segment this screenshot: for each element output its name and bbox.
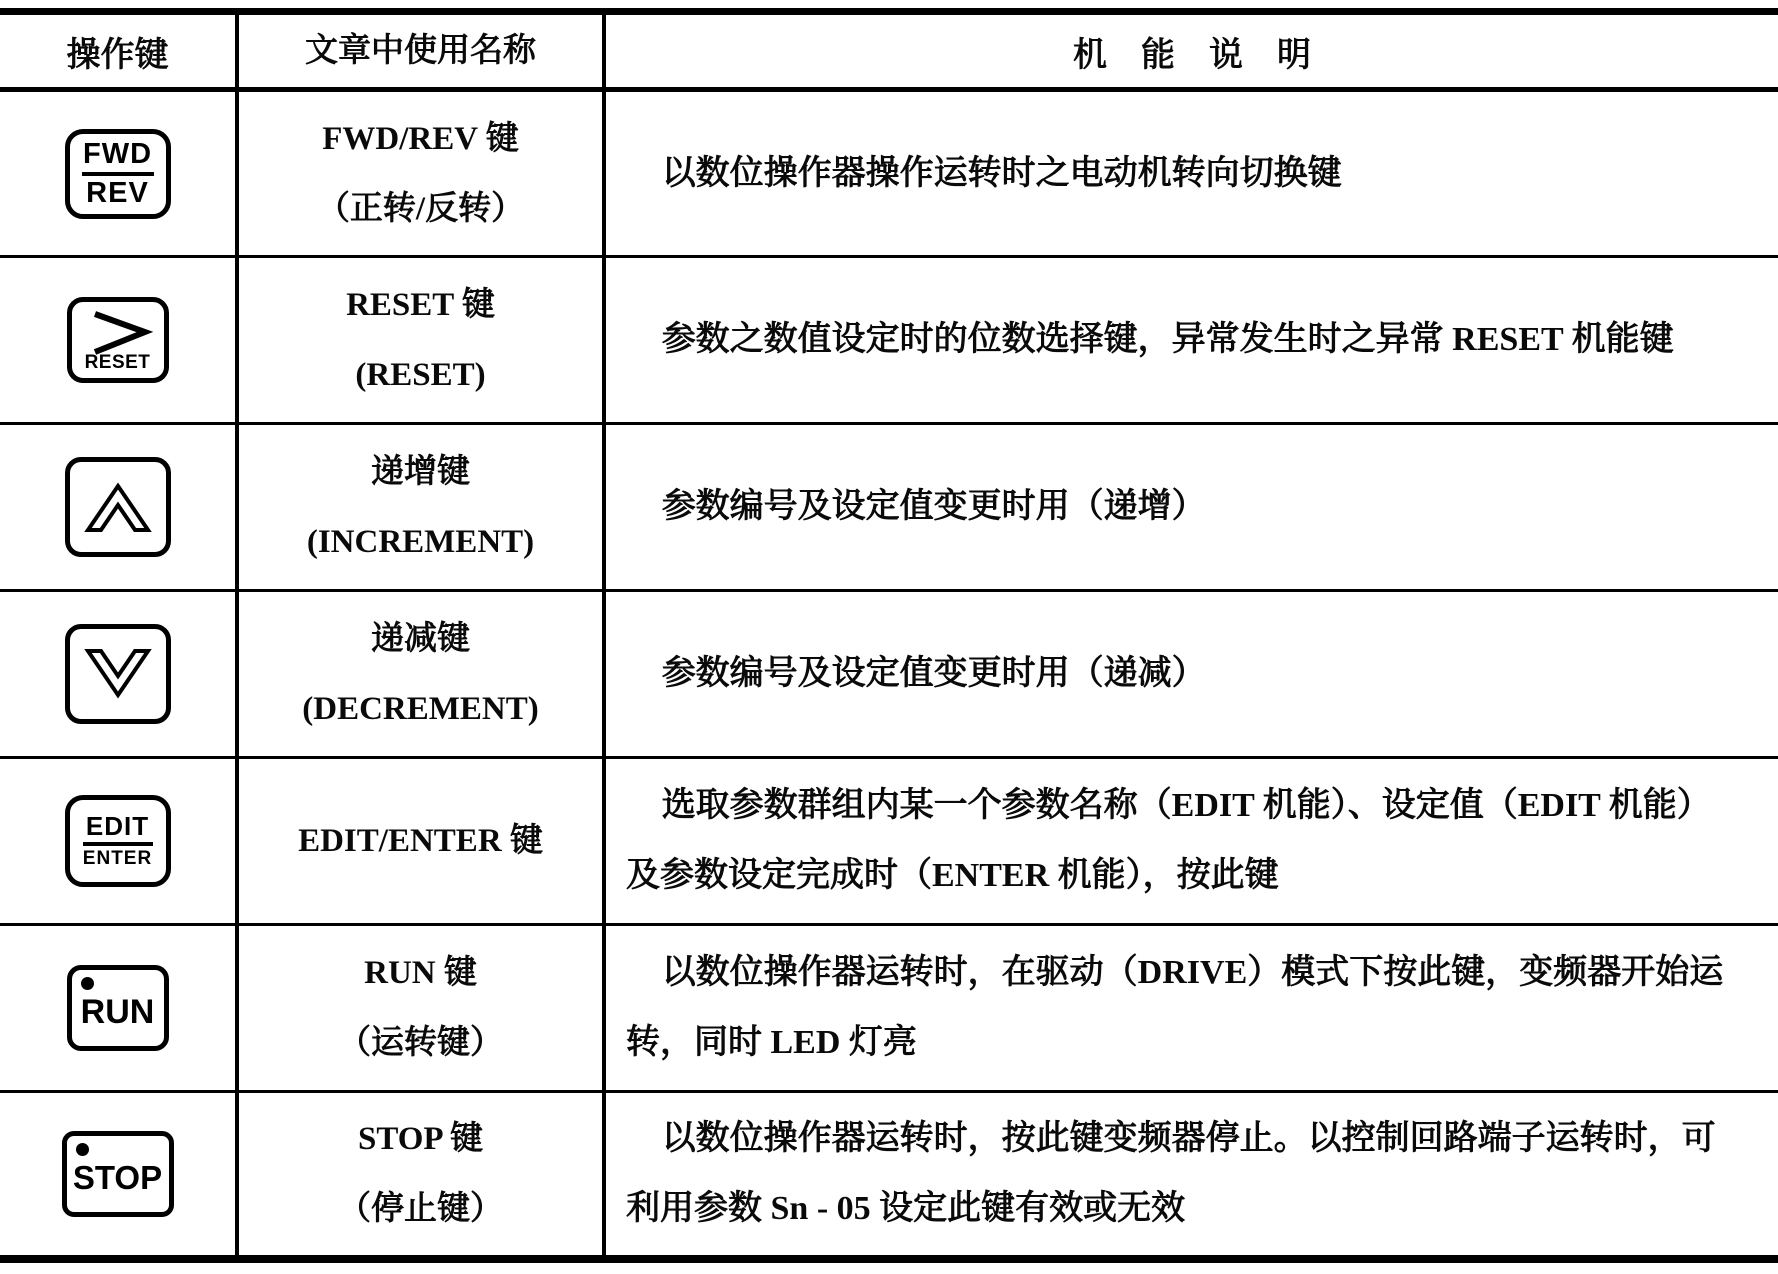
key-name: EDIT/ENTER 键	[240, 806, 601, 876]
description-cell: 以数位操作器运转时，在驱动（DRIVE）模式下按此键，变频器开始运转，同时 LE…	[604, 925, 1778, 1092]
key-name: 递减键	[240, 604, 601, 674]
key-name-sub: (INCREMENT)	[240, 507, 601, 577]
stop-key-button: STOP	[62, 1131, 174, 1217]
edit-label: EDIT	[86, 812, 149, 840]
key-name: RUN 键	[240, 938, 601, 1008]
key-name: 递增键	[240, 437, 601, 507]
header-row: 操作键 文章中使用名称 机 能 说 明	[0, 12, 1778, 90]
up-chevron-icon	[76, 478, 160, 536]
key-name-sub: （正转/反转）	[240, 174, 601, 244]
key-cell: STOP	[0, 1092, 237, 1259]
description-cell: 参数之数值设定时的位数选择键，异常发生时之异常 RESET 机能键	[604, 257, 1778, 424]
table-row-decrement: 递减键 (DECREMENT) 参数编号及设定值变更时用（递减）	[0, 591, 1778, 758]
key-name-sub: (RESET)	[240, 340, 601, 410]
key-name-sub: （停止键）	[240, 1174, 601, 1244]
description-cell: 以数位操作器操作运转时之电动机转向切换键	[604, 90, 1778, 257]
key-function-table: 操作键 文章中使用名称 机 能 说 明 FWD REV FWD/REV 键 （正…	[0, 8, 1778, 1263]
key-cell	[0, 591, 237, 758]
scanned-manual-page: 操作键 文章中使用名称 机 能 说 明 FWD REV FWD/REV 键 （正…	[0, 0, 1778, 1274]
increment-key-button	[65, 457, 171, 557]
table-row-run: RUN RUN 键 （运转键） 以数位操作器运转时，在驱动（DRIVE）模式下按…	[0, 925, 1778, 1092]
table-row-reset: RESET RESET 键 (RESET) 参数之数值设定时的位数选择键，异常发…	[0, 257, 1778, 424]
table-row-stop: STOP STOP 键 （停止键） 以数位操作器运转时，按此键变频器停止。以控制…	[0, 1092, 1778, 1259]
key-name-sub: (DECREMENT)	[240, 674, 601, 744]
name-cell: RESET 键 (RESET)	[237, 257, 604, 424]
reset-label: RESET	[85, 353, 151, 373]
key-cell	[0, 424, 237, 591]
description-cell: 以数位操作器运转时，按此键变频器停止。以控制回路端子运转时，可利用参数 Sn -…	[604, 1092, 1778, 1259]
stop-label: STOP	[73, 1151, 162, 1197]
description-cell: 选取参数群组内某一个参数名称（EDIT 机能）、设定值（EDIT 机能）及参数设…	[604, 758, 1778, 925]
key-divider-line	[83, 842, 153, 846]
run-label: RUN	[81, 985, 155, 1032]
table-row-edit-enter: EDIT ENTER EDIT/ENTER 键 选取参数群组内某一个参数名称（E…	[0, 758, 1778, 925]
name-cell: EDIT/ENTER 键	[237, 758, 604, 925]
description-cell: 参数编号及设定值变更时用（递减）	[604, 591, 1778, 758]
edit-enter-key-button: EDIT ENTER	[65, 795, 171, 887]
name-cell: STOP 键 （停止键）	[237, 1092, 604, 1259]
reset-key-button: RESET	[67, 297, 169, 383]
description-cell: 参数编号及设定值变更时用（递增）	[604, 424, 1778, 591]
key-cell: RUN	[0, 925, 237, 1092]
table-row-increment: 递增键 (INCREMENT) 参数编号及设定值变更时用（递增）	[0, 424, 1778, 591]
down-chevron-icon	[76, 645, 160, 703]
key-cell: RESET	[0, 257, 237, 424]
key-divider-line	[82, 172, 154, 176]
fwd-label: FWD	[83, 139, 152, 170]
key-name: FWD/REV 键	[240, 104, 601, 174]
name-cell: 递减键 (DECREMENT)	[237, 591, 604, 758]
name-cell: RUN 键 （运转键）	[237, 925, 604, 1092]
name-cell: FWD/REV 键 （正转/反转）	[237, 90, 604, 257]
key-name: RESET 键	[240, 270, 601, 340]
name-cell: 递增键 (INCREMENT)	[237, 424, 604, 591]
fwd-rev-key-button: FWD REV	[65, 129, 171, 219]
enter-label: ENTER	[83, 848, 152, 870]
column-header-function-desc: 机 能 说 明	[604, 12, 1778, 90]
column-header-keys: 操作键	[0, 12, 237, 90]
right-chevron-icon	[83, 309, 153, 355]
column-header-name-in-text: 文章中使用名称	[237, 12, 604, 90]
key-cell: EDIT ENTER	[0, 758, 237, 925]
table-row-fwd-rev: FWD REV FWD/REV 键 （正转/反转） 以数位操作器操作运转时之电动…	[0, 90, 1778, 257]
decrement-key-button	[65, 624, 171, 724]
key-cell: FWD REV	[0, 90, 237, 257]
key-name: STOP 键	[240, 1104, 601, 1174]
rev-label: REV	[86, 178, 149, 209]
key-name-sub: （运转键）	[240, 1008, 601, 1078]
led-dot-icon	[81, 977, 94, 990]
run-key-button: RUN	[67, 965, 169, 1051]
led-dot-icon	[76, 1143, 89, 1156]
